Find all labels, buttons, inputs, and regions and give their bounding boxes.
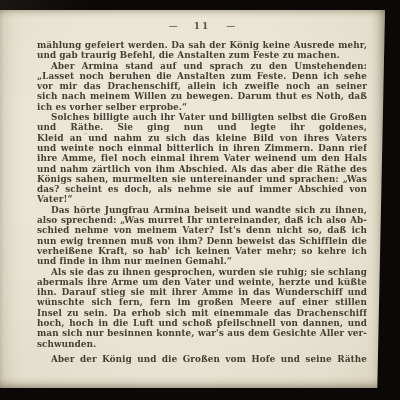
text-line: das? scheint es doch, als nehme sie auf … <box>37 185 367 195</box>
text-line: und gab traurig Befehl, die Anstalten zu… <box>37 51 367 61</box>
text-line: abermals ihre Arme um den Vater und wein… <box>37 278 367 288</box>
paragraph: Aber Armina stand auf und sprach zu den … <box>37 62 367 113</box>
text-line: hoch, hoch in die Luft und schoß pfeilsc… <box>37 319 367 329</box>
text-line: Als sie das zu ihnen gesprochen, wurden … <box>37 268 367 278</box>
text-line: verheißene Kraft, so hab' ich keinen Vat… <box>37 247 367 257</box>
text-line: Kleid an und nahm zu sich das kleine Bil… <box>37 134 367 144</box>
text-line: nun ewig trennen muß von ihm? Denn bewei… <box>37 237 367 247</box>
paragraph: Aber der König und die Großen vom Hofe u… <box>37 355 367 365</box>
paragraph: Als sie das zu ihnen gesprochen, wurden … <box>37 268 367 350</box>
text-line: und Räthe. Sie ging nun und legte ihr go… <box>37 123 367 133</box>
text-line: Aber Armina stand auf und sprach zu den … <box>37 62 367 72</box>
scan-background: —11— mählung gefeiert werden. Da sah der… <box>0 0 400 400</box>
text-line: vor mir das Drachenschiff, allein ich zw… <box>37 82 367 92</box>
book-page: —11— mählung gefeiert werden. Da sah der… <box>0 10 385 388</box>
text-line: sich nach meinem Willen zu bewegen. Daru… <box>37 92 367 102</box>
text-line: Das hörte Jungfrau Armina beiseit und wa… <box>37 206 367 216</box>
paragraph: Solches billigte auch ihr Vater und bill… <box>37 113 367 206</box>
text-line: also sprechend: „Was murret Ihr unterein… <box>37 216 367 226</box>
paragraph: mählung gefeiert werden. Da sah der Köni… <box>37 41 367 62</box>
page-number-value: 11 <box>194 22 211 32</box>
text-line: Vater!“ <box>37 195 367 205</box>
text-line: schwunden. <box>37 340 367 350</box>
text-line: man sich nur besinnen konnte, war's aus … <box>37 329 367 339</box>
text-line: Solches billigte auch ihr Vater und bill… <box>37 113 367 123</box>
text-line: und finde in ihm nur meinen Gemahl.“ <box>37 257 367 267</box>
text-line: schied nehme von meinem Vater? Ist's den… <box>37 226 367 236</box>
page-number: —11— <box>37 22 367 32</box>
page-number-dash-right: — <box>226 22 235 32</box>
text-block: mählung gefeiert werden. Da sah der Köni… <box>37 41 367 365</box>
text-line: Aber der König und die Großen vom Hofe u… <box>37 355 367 365</box>
text-line: ihre Amme, fiel noch einmal ihrem Vater … <box>37 154 367 164</box>
text-line: ihn. Darauf stieg sie mit ihrer Amme in … <box>37 288 367 298</box>
text-line: mählung gefeiert werden. Da sah der Köni… <box>37 41 367 51</box>
paragraph: Das hörte Jungfrau Armina beiseit und wa… <box>37 206 367 268</box>
text-line: wünschte sich fern, fern im großen Meere… <box>37 298 367 308</box>
text-line: und weinte noch einmal bitterlich in ihr… <box>37 144 367 154</box>
text-line: ich es vorher selber erprobe.“ <box>37 103 367 113</box>
text-line: und nahm zärtlich von ihm Abschied. Als … <box>37 165 367 175</box>
text-line: „Lasset noch beruhen die Anstalten zum F… <box>37 72 367 82</box>
text-line: Insel zu sein. Da erhob sich mit einemma… <box>37 309 367 319</box>
page-number-dash-left: — <box>169 22 178 32</box>
text-line: Königs sahen, murmelten sie untereinande… <box>37 175 367 185</box>
